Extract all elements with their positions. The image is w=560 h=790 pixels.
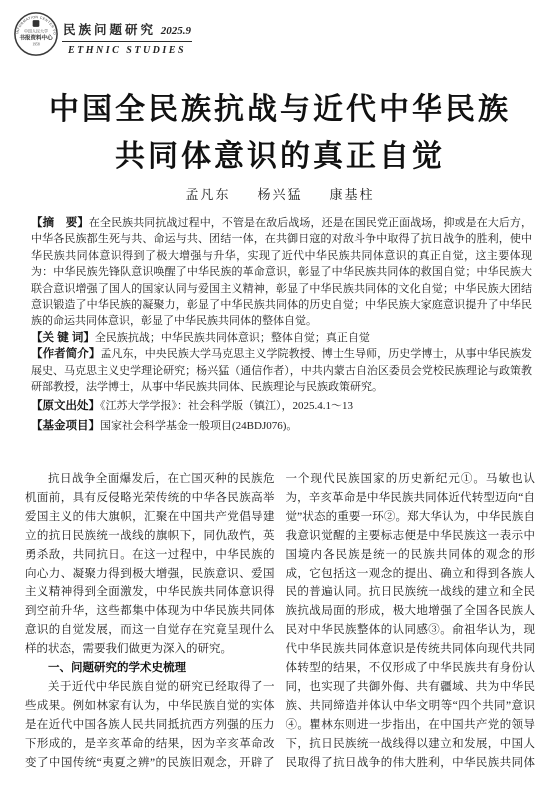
- keywords-entry: 【关 键 词】全民族抗战；中华民族共同体意识；整体自觉；真正自觉: [31, 330, 532, 346]
- source-text: 《江苏大学学报》：社会科学版（镇江），2025.4.1～13: [100, 400, 353, 412]
- author-bio-label: 【作者简介】: [31, 348, 100, 360]
- author-name: 康基柱: [330, 184, 375, 203]
- author-bio-text: 孟凡东，中央民族大学马克思主义学院教授、博士生导师，历史学博士，从事中华民族发展…: [31, 348, 532, 393]
- publisher-seal-icon: INFORMATION CENTER FOR SOCIAL SCIENCES 中…: [13, 11, 59, 57]
- article-title: 中国全民族抗战与近代中华民族 共同体意识的真正自觉: [0, 86, 560, 180]
- author-bio-entry: 【作者简介】孟凡东，中央民族大学马克思主义学院教授、博士生导师，历史学博士，从事…: [31, 346, 532, 395]
- source-entry: 【原文出处】《江苏大学学报》：社会科学版（镇江），2025.4.1～13: [31, 398, 532, 414]
- fund-text: 国家社会科学基金一般项目(24BDJ076)。: [100, 420, 297, 432]
- abstract-text: 在全民族共同抗战过程中，不管是在敌后战场，还是在国民党正面战场，抑或是在大后方，…: [31, 217, 532, 327]
- author-name: 杨兴猛: [257, 184, 302, 203]
- article-title-line1: 中国全民族抗战与近代中华民族: [0, 86, 560, 133]
- journal-header: 民族问题研究 2025.9 ETHNIC STUDIES: [62, 20, 192, 56]
- abstract-entry: 【摘 要】在全民族共同抗战过程中，不管是在敌后战场，还是在国民党正面战场，抑或是…: [31, 215, 532, 330]
- seal-emblem-icon: [33, 20, 40, 27]
- article-title-line2: 共同体意识的真正自觉: [0, 133, 560, 180]
- fund-entry: 【基金项目】国家社会科学基金一般项目(24BDJ076)。: [31, 418, 532, 434]
- body-paragraph: 抗日战争全面爆发后，在亡国灭种的民族危机面前，具有反侵略光荣传统的中华各民族高举…: [25, 470, 275, 659]
- article-body: 抗日战争全面爆发后，在亡国灭种的民族危机面前，具有反侵略光荣传统的中华各民族高举…: [25, 470, 535, 788]
- author-name: 孟凡东: [185, 184, 230, 203]
- seal-org-line2: 书报资料中心: [19, 33, 53, 41]
- journal-name-en: ETHNIC STUDIES: [62, 45, 192, 56]
- seal-org-line1: 中国人民大学: [24, 28, 48, 34]
- journal-name-cn: 民族问题研究: [63, 20, 156, 38]
- source-label: 【原文出处】: [31, 400, 100, 412]
- author-list: 孟凡东 杨兴猛 康基柱: [0, 184, 560, 203]
- journal-issue: 2025.9: [161, 25, 191, 37]
- seal-year: 1958: [32, 43, 39, 47]
- journal-header-rule: 民族问题研究 2025.9: [62, 20, 192, 42]
- fund-label: 【基金项目】: [31, 420, 100, 432]
- keywords-text: 全民族抗战；中华民族共同体意识；整体自觉；真正自觉: [95, 332, 370, 344]
- abstract-label: 【摘 要】: [31, 217, 89, 229]
- section-heading: 一、问题研究的学术史梳理: [25, 659, 275, 678]
- keywords-label: 【关 键 词】: [31, 332, 95, 344]
- front-matter: 【摘 要】在全民族共同抗战过程中，不管是在敌后战场，还是在国民党正面战场，抑或是…: [31, 215, 532, 434]
- journal-page: INFORMATION CENTER FOR SOCIAL SCIENCES 中…: [0, 0, 560, 790]
